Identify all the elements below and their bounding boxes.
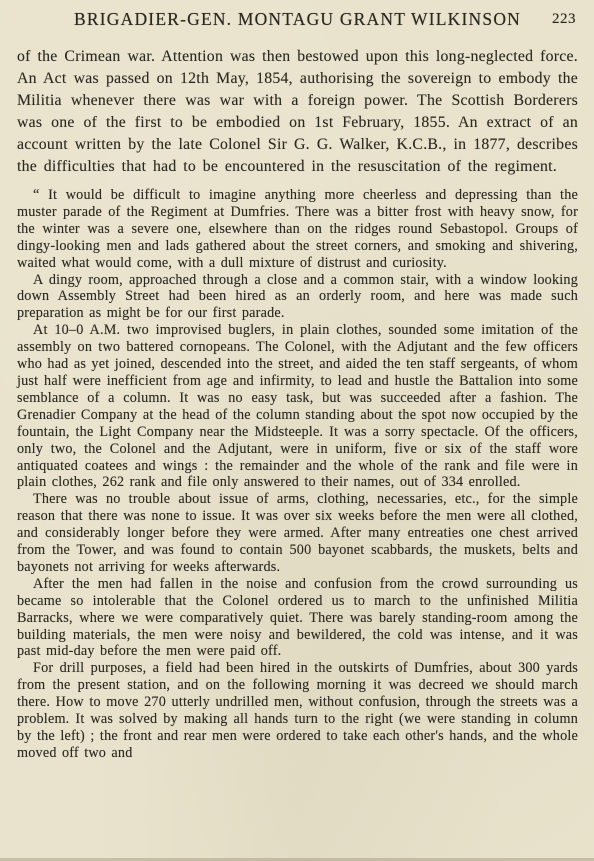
- paragraph-extract-3: At 10–0 A.M. two improvised buglers, in …: [17, 322, 578, 491]
- book-page: BRIGADIER-GEN. MONTAGU GRANT WILKINSON 2…: [0, 0, 594, 861]
- page-number: 223: [552, 11, 576, 28]
- paragraph-extract-1: “ It would be difficult to imagine anyth…: [17, 187, 578, 272]
- running-title: BRIGADIER-GEN. MONTAGU GRANT WILKINSON: [74, 9, 521, 29]
- paragraph-extract-2: A dingy room, approached through a close…: [17, 272, 578, 323]
- paragraph-extract-5: After the men had fallen in the noise an…: [17, 576, 578, 661]
- paragraph-intro: of the Crimean war. Attention was then b…: [17, 46, 578, 178]
- paragraph-extract-4: There was no trouble about issue of arms…: [17, 491, 578, 576]
- running-head: BRIGADIER-GEN. MONTAGU GRANT WILKINSON 2…: [17, 9, 578, 33]
- paragraph-extract-6: For drill purposes, a field had been hir…: [17, 660, 578, 761]
